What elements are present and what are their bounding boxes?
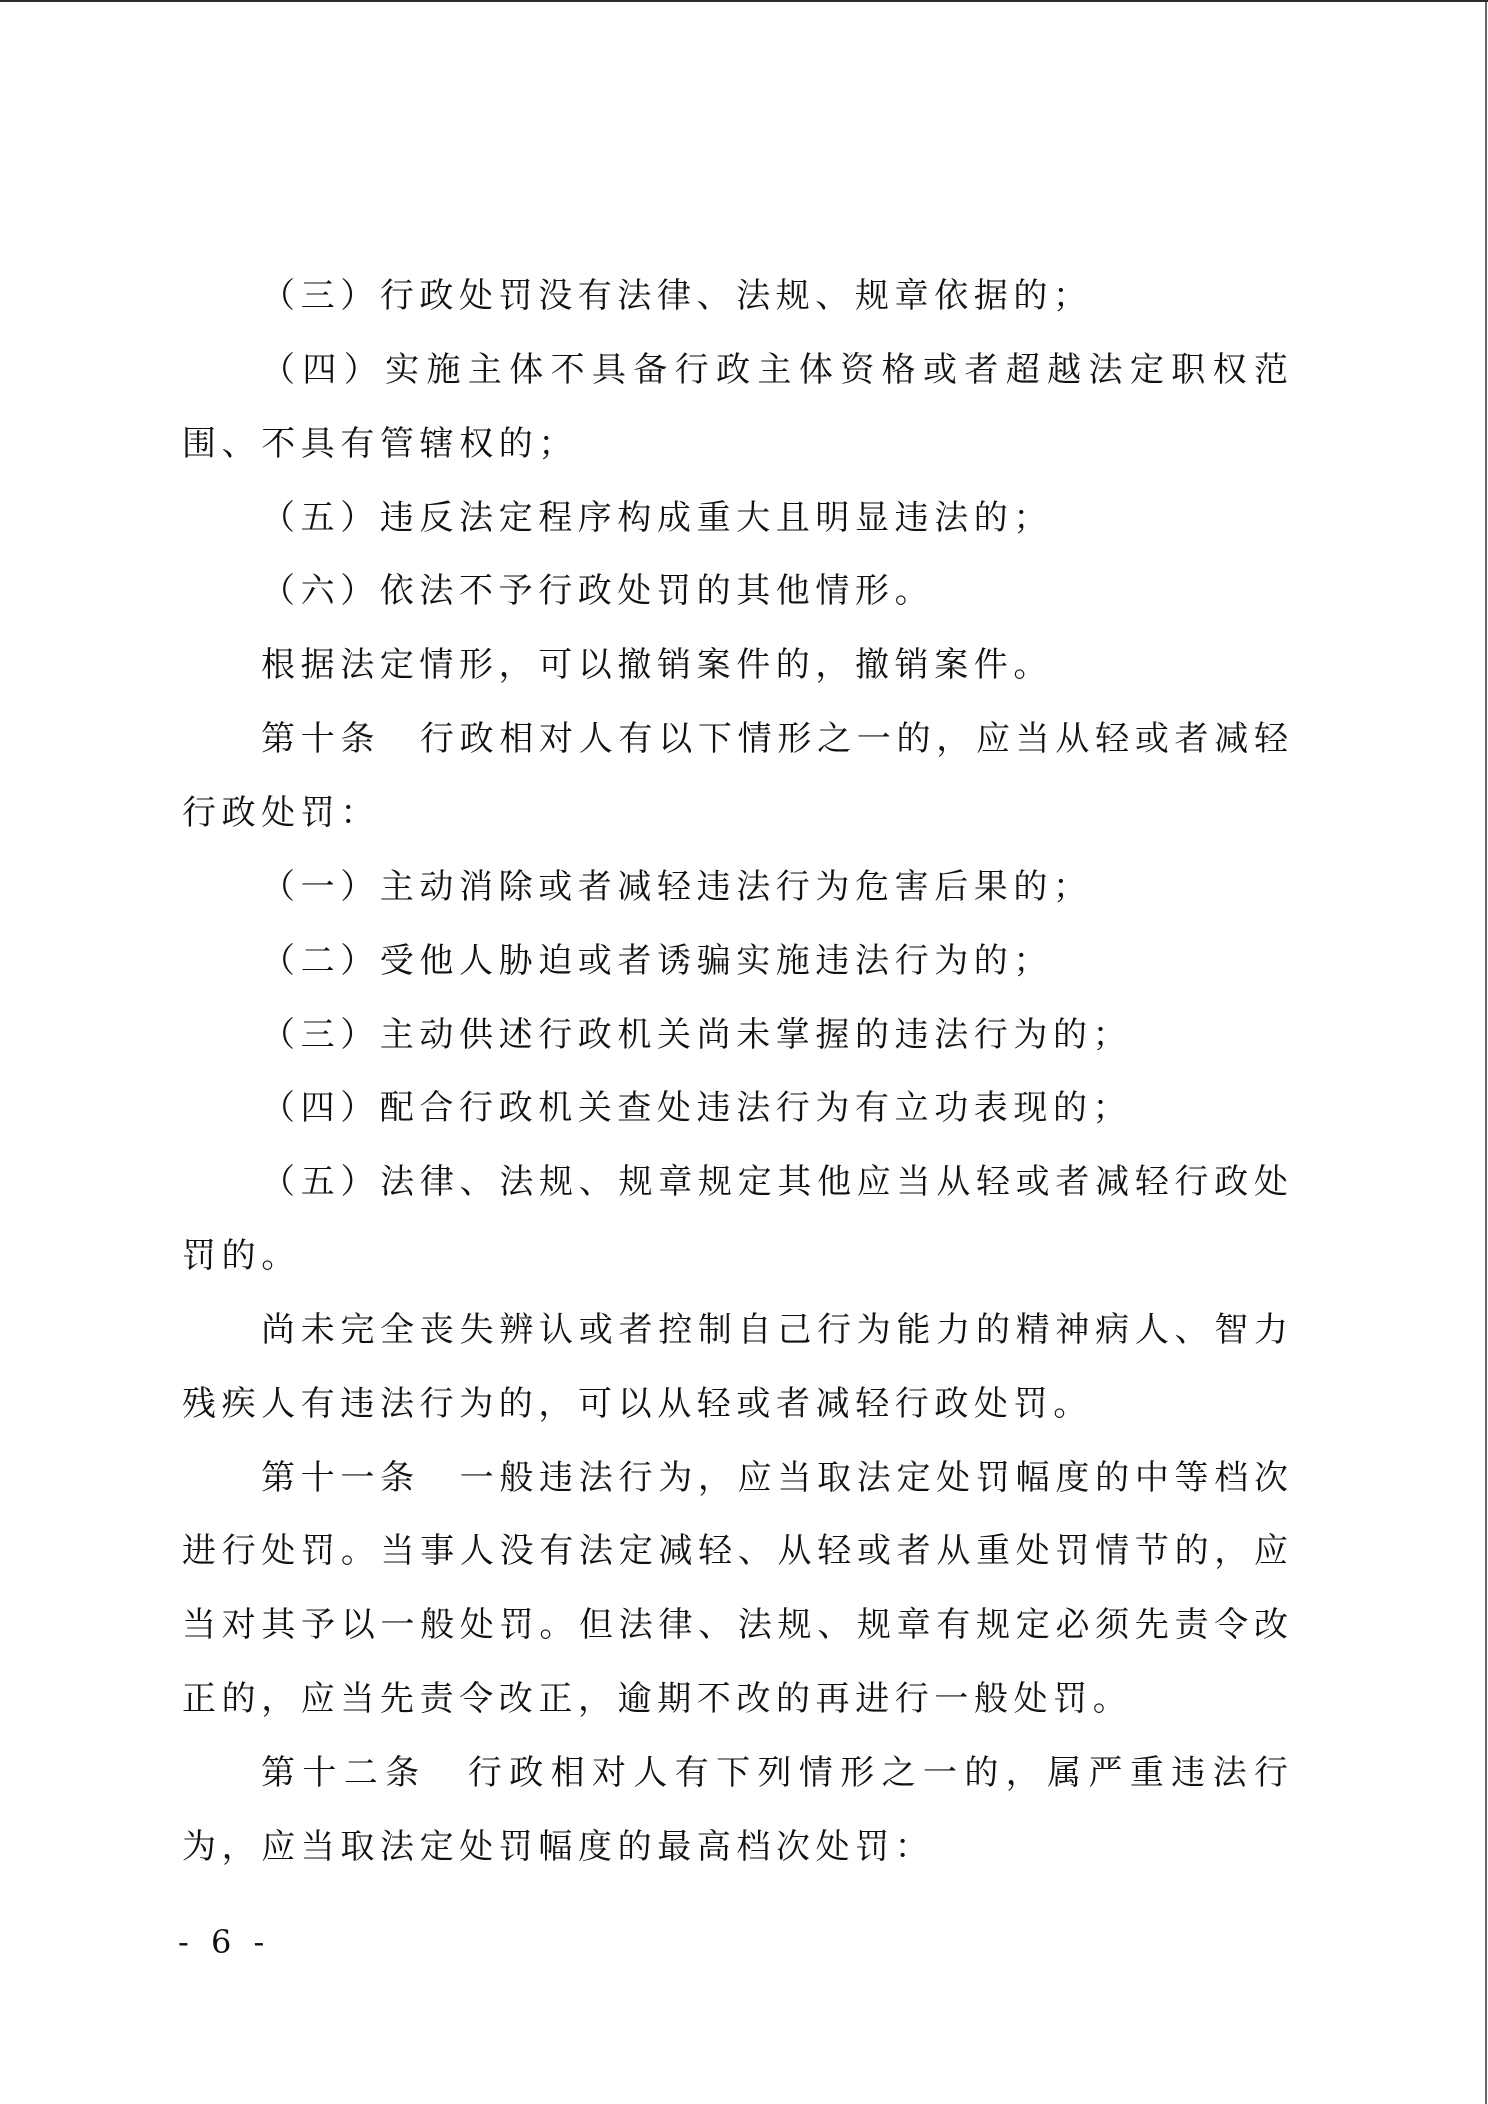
text-line: （三）主动供述行政机关尚未掌握的违法行为的； — [182, 998, 1132, 1072]
text-line: 罚的。 — [182, 1219, 301, 1293]
document-page: （三）行政处罚没有法律、法规、规章依据的； （四）实施主体不具备行政主体资格或者… — [0, 0, 1488, 2104]
text-line: （三）行政处罚没有法律、法规、规章依据的； — [182, 259, 1093, 333]
article-12-heading-line: 第十二条 行政相对人有下列情形之一的，属严重违法行 — [182, 1736, 1288, 1810]
text-line: （四）实施主体不具备行政主体资格或者超越法定职权范 — [182, 333, 1288, 407]
text-line: 围、不具有管辖权的； — [182, 407, 578, 481]
text-line: （四）配合行政机关查处违法行为有立功表现的； — [182, 1071, 1132, 1145]
text-line: 残疾人有违法行为的，可以从轻或者减轻行政处罚。 — [182, 1367, 1093, 1441]
text-line: （五）法律、法规、规章规定其他应当从轻或者减轻行政处 — [182, 1145, 1288, 1219]
text-line: 根据法定情形，可以撤销案件的，撤销案件。 — [182, 628, 1053, 702]
article-10-heading-line: 第十条 行政相对人有以下情形之一的，应当从轻或者减轻 — [182, 702, 1288, 776]
text-line: （二）受他人胁迫或者诱骗实施违法行为的； — [182, 924, 1053, 998]
article-11-heading-line: 第十一条 一般违法行为，应当取法定处罚幅度的中等档次 — [182, 1441, 1288, 1515]
page-number: - 6 - — [178, 1920, 270, 1964]
text-line: （五）违反法定程序构成重大且明显违法的； — [182, 481, 1053, 555]
text-line: 行政处罚： — [182, 776, 380, 850]
text-line: 为，应当取法定处罚幅度的最高档次处罚： — [182, 1810, 934, 1884]
text-line: 进行处罚。当事人没有法定减轻、从轻或者从重处罚情节的，应 — [182, 1514, 1288, 1588]
text-line: 尚未完全丧失辨认或者控制自己行为能力的精神病人、智力 — [182, 1293, 1288, 1367]
text-line: 正的，应当先责令改正，逾期不改的再进行一般处罚。 — [182, 1662, 1132, 1736]
text-line: （六）依法不予行政处罚的其他情形。 — [182, 554, 934, 628]
page-right-border — [1485, 2, 1487, 2104]
text-line: （一）主动消除或者减轻违法行为危害后果的； — [182, 850, 1093, 924]
text-line: 当对其予以一般处罚。但法律、法规、规章有规定必须先责令改 — [182, 1588, 1288, 1662]
